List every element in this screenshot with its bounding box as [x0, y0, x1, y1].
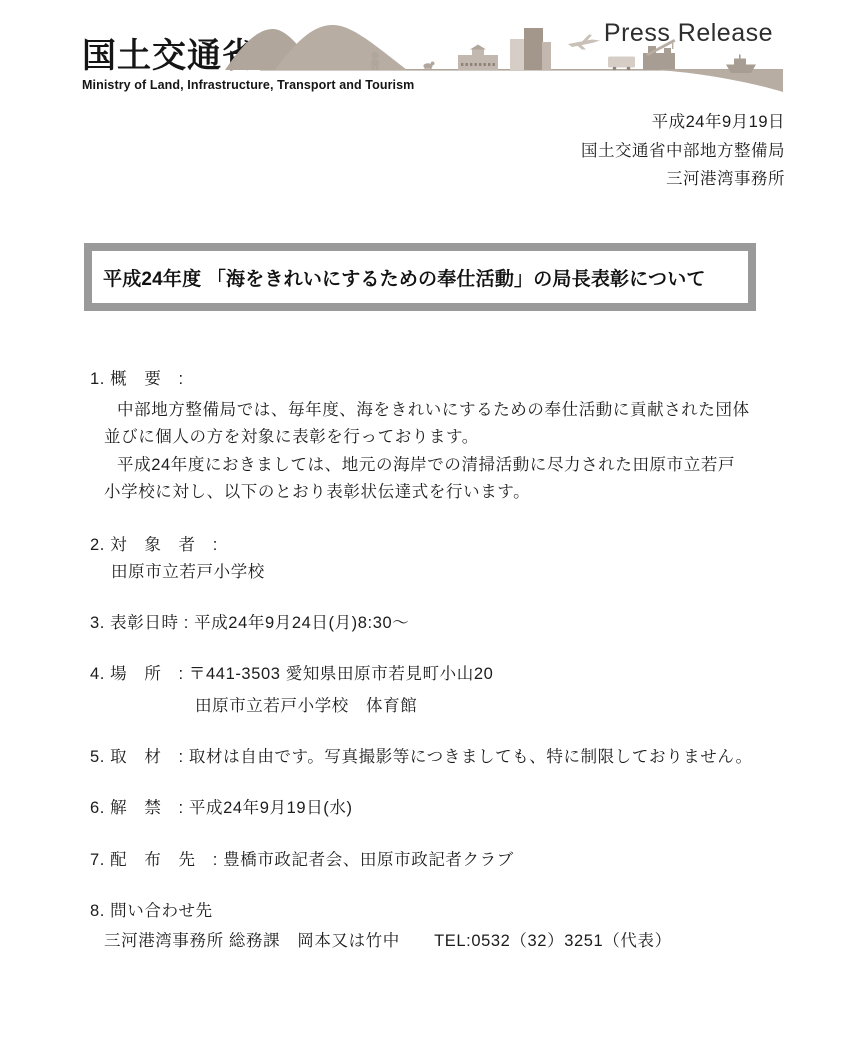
- truck-icon: [608, 57, 635, 71]
- contact-heading: 8. 問い合わせ先: [90, 897, 213, 921]
- distribution: 7. 配 布 先 : 豊橋市政記者会、田原市政記者クラブ: [90, 846, 514, 870]
- embargo: 6. 解 禁 : 平成24年9月19日(水): [90, 794, 353, 818]
- contact-value: 三河港湾事務所 総務課 岡本又は竹中 TEL:0532（32）3251（代表）: [104, 927, 672, 951]
- ceremony-datetime: 3. 表彰日時 : 平成24年9月24日(月)8:30～: [90, 609, 409, 633]
- school-building-icon: [458, 45, 498, 71]
- overview-heading: 1. 概 要 :: [90, 365, 184, 389]
- overview-line3: 平成24年度におきましては、地元の海岸での清掃活動に尽力された田原市立若戸: [117, 451, 735, 475]
- press-release-label: Press Release: [604, 19, 773, 48]
- document-title-box: 平成24年度 「海をきれいにするための奉仕活動」の局長表彰について: [84, 243, 756, 311]
- press-coverage: 5. 取 材 : 取材は自由です。写真撮影等につきましても、特に制限しておりませ…: [90, 743, 753, 767]
- sea-wave-icon: [660, 70, 783, 93]
- ship-icon: [726, 55, 756, 74]
- overview-line2: 並びに個人の方を対象に表彰を行っております。: [104, 423, 479, 447]
- recipient-heading: 2. 対 象 者 :: [90, 531, 218, 555]
- city-buildings-icon: [510, 28, 551, 70]
- mountains-icon: [225, 25, 407, 70]
- release-date: 平成24年9月19日: [581, 108, 785, 137]
- issuing-office: 三河港湾事務所: [581, 165, 785, 194]
- overview-line4: 小学校に対し、以下のとおり表彰状伝達式を行います。: [104, 478, 530, 502]
- overview-line1: 中部地方整備局では、毎年度、海をきれいにするための奉仕活動に貢献された団体: [117, 396, 750, 420]
- venue-line2: 田原市立若戸小学校 体育館: [195, 692, 417, 716]
- document-title: 平成24年度 「海をきれいにするための奉仕活動」の局長表彰について: [103, 264, 706, 291]
- venue-line1: 4. 場 所 : 〒441-3503 愛知県田原市若見町小山20: [90, 660, 493, 684]
- issuer-block: 平成24年9月19日 国土交通省中部地方整備局 三河港湾事務所: [581, 108, 785, 194]
- press-release-document: 国土交通省 Ministry of Land, Infrastructure, …: [0, 0, 845, 1062]
- airplane-icon: [568, 35, 600, 50]
- dog-icon: [423, 62, 434, 71]
- recipient-value: 田原市立若戸小学校: [111, 558, 265, 582]
- issuing-bureau: 国土交通省中部地方整備局: [581, 137, 785, 166]
